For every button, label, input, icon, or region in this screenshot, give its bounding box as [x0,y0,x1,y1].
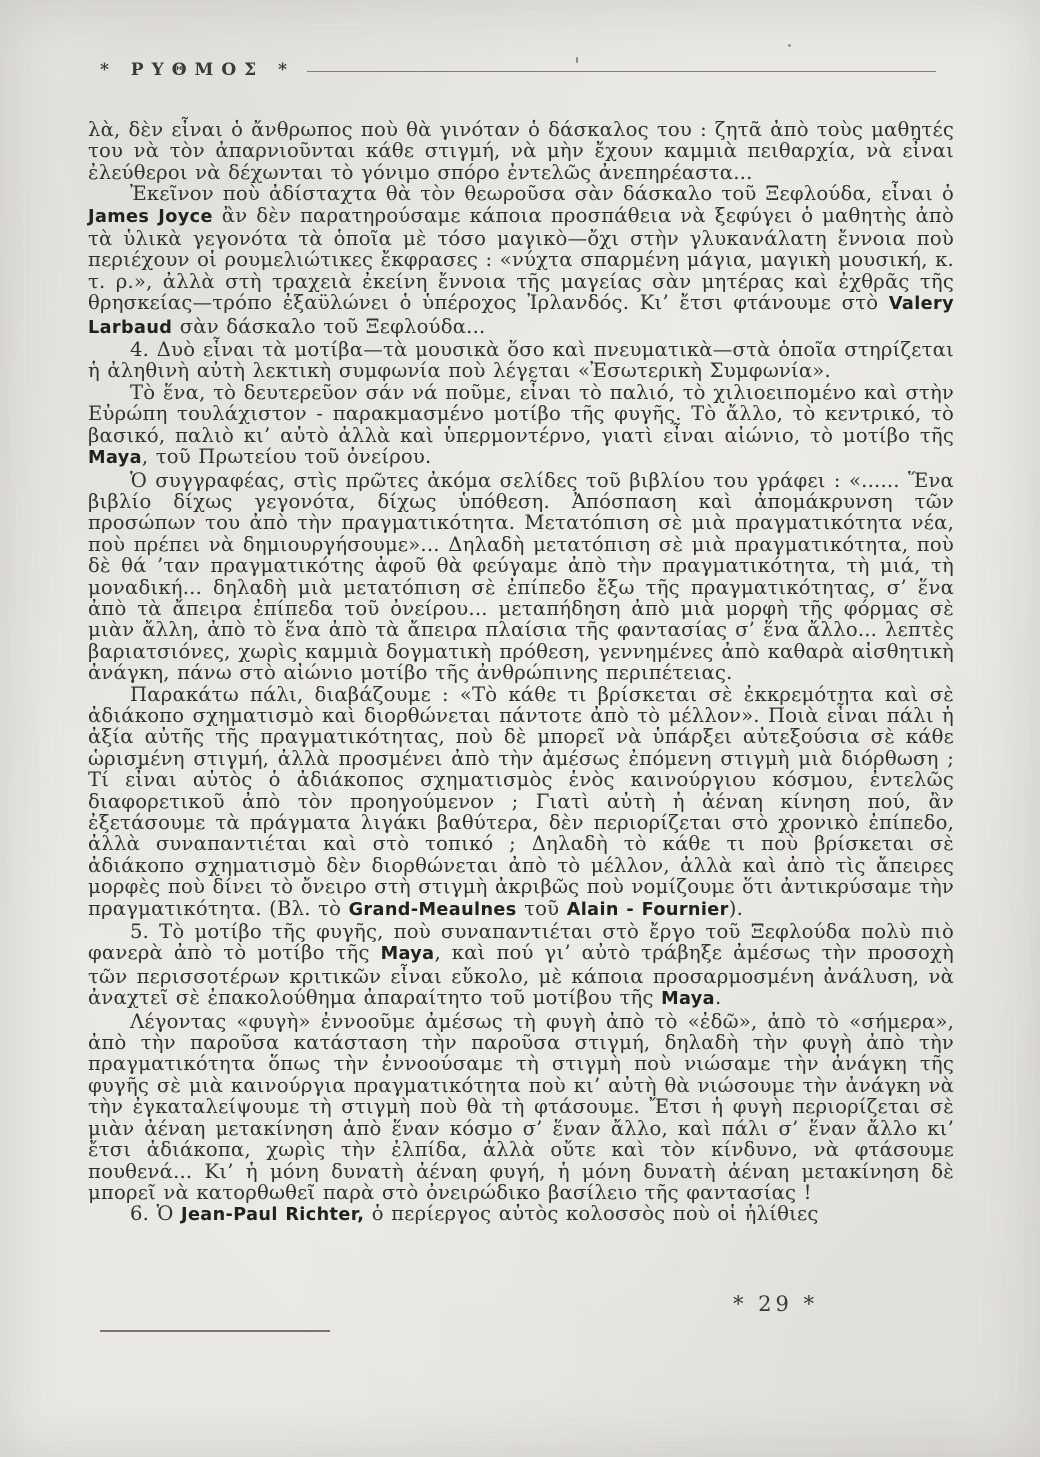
text-run: λὰ, δὲν εἶναι ὁ ἄνθρωπος ποὺ θὰ γινόταν … [88,118,954,184]
page-header: * ΡΥΘΜΟΣ * [100,60,936,80]
text-run: Τὸ ἕνα, τὸ δευτερεῦον σάν νά ποῦμε, εἶνα… [88,381,954,447]
text-block: λὰ, δὲν εἶναι ὁ ἄνθρωπος ποὺ θὰ γινόταν … [88,119,954,1227]
text-run: 4. Δυὸ εἶναι τὰ μοτίβα—τὰ μουσικὰ ὅσο κα… [88,338,954,382]
text-run: τοῦ [517,897,567,920]
emphasized-name: Maya [381,944,435,964]
text-run: ἂν δὲν παρατηρούσαμε κάποια προσπάθεια ν… [88,204,954,315]
paragraph: Τὸ ἕνα, τὸ δευτερεῦον σάν νά ποῦμε, εἶνα… [88,382,954,470]
emphasized-name: Maya [661,989,715,1009]
text-run: Λέγοντας «φυγὴ» ἐννοοῦμε ἀμέσως τὴ φυγὴ … [88,1010,954,1204]
text-run: 6. Ὁ [130,1202,181,1225]
paragraph: 6. Ὁ Jean-Paul Richter, ὁ περίεργος αὐτὸ… [88,1203,954,1226]
text-run: Παρακάτω πάλι, διαβάζουμε : «Τὸ κάθε τι … [88,683,954,920]
header-rule [307,71,936,72]
paragraph: 5. Τὸ μοτίβο τῆς φυγῆς, ποὺ συναπαντιέτα… [88,921,954,1011]
text-run: Ὁ συγγραφέας, στὶς πρῶτες ἀκόμα σελίδες … [88,469,954,685]
paragraph: Παρακάτω πάλι, διαβάζουμε : «Τὸ κάθε τι … [88,684,954,921]
paragraph: Ὁ συγγραφέας, στὶς πρῶτες ἀκόμα σελίδες … [88,470,954,684]
paragraph: Λέγοντας «φυγὴ» ἐννοοῦμε ἀμέσως τὴ φυγὴ … [88,1011,954,1204]
magazine-title: * ΡΥΘΜΟΣ * [100,60,295,80]
emphasized-name: Maya [88,448,142,468]
text-run: ὁ περίεργος αὐτὸς κολοσσὸς ποὺ οἱ ἠλίθιε… [364,1202,818,1225]
page-number: * 29 * [733,1292,818,1316]
paragraph: λὰ, δὲν εἶναι ὁ ἄνθρωπος ποὺ θὰ γινόταν … [88,119,954,183]
paragraph: 4. Δυὸ εἶναι τὰ μοτίβα—τὰ μουσικὰ ὅσο κα… [88,339,954,382]
paragraph: Ἐκεῖνον ποὺ ἀδίσταχτα θὰ τὸν θεωροῦσα σὰ… [88,183,954,339]
text-run: σὰν δάσκαλο τοῦ Ξεφλούδα... [172,315,485,338]
emphasized-name: Grand-Meaulnes [349,900,517,920]
scanned-page: * ΡΥΘΜΟΣ * λὰ, δὲν εἶναι ὁ ἄνθρωπος ποὺ … [0,0,1040,1457]
scan-speck [788,44,791,47]
emphasized-name: James Joyce [88,207,213,227]
emphasized-name: Jean-Paul Richter, [181,1205,364,1225]
text-run: , τοῦ Πρωτείου τοῦ ὀνείρου. [142,445,432,468]
text-run: Ἐκεῖνον ποὺ ἀδίσταχτα θὰ τὸν θεωροῦσα σὰ… [130,182,954,205]
scan-speck [576,57,578,63]
footnote-rule [100,1330,330,1332]
text-run: . [715,986,721,1009]
emphasized-name: Alain - Fournier [567,900,729,920]
text-run: ). [729,897,743,920]
